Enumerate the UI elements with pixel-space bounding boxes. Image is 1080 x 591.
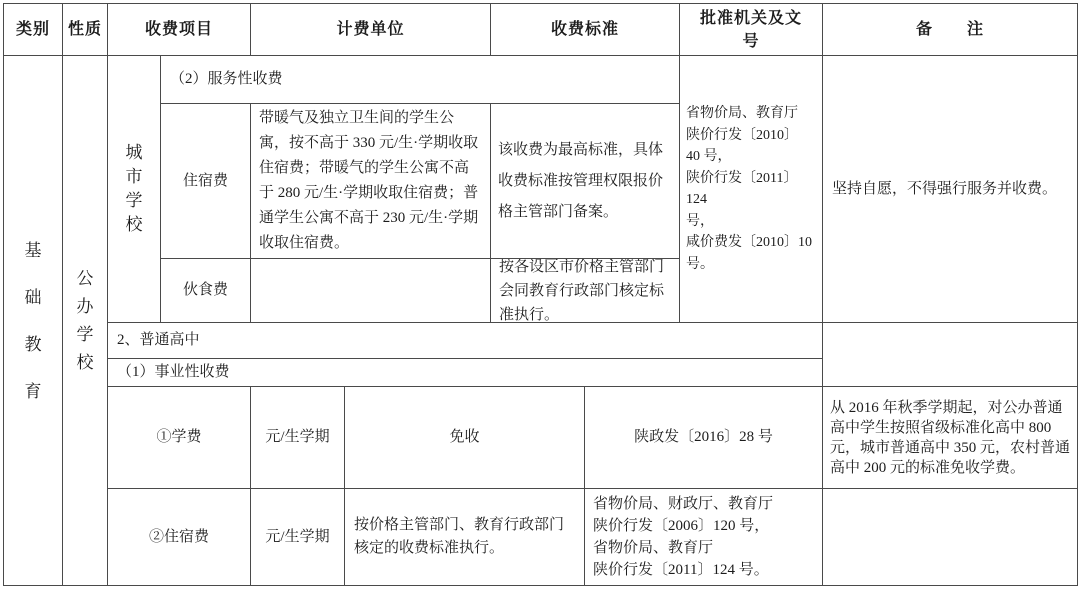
cell-section2-title: 2、普通高中 (108, 323, 823, 359)
cell-authority-group1: 省物价局、教育厅 陕价行发〔2010〕 40 号， 陕价行发〔2011〕124 … (680, 56, 823, 323)
header-fee-item: 收费项目 (108, 4, 251, 56)
header-approval-authority: 批准机关及文 号 (680, 4, 823, 56)
fee-schedule-table: 类别 性质 收费项目 计费单位 收费标准 批准机关及文 号 备 注 基 础 教 … (3, 3, 1078, 586)
header-nature: 性质 (63, 4, 108, 56)
cell-nature-public-school: 公 办 学 校 (63, 56, 108, 586)
cell-accommodation-unit: 带暖气及独立卫生间的学生公寓，按不高于 330 元/生·学期收取住宿费；带暖气的… (251, 104, 491, 259)
cell-tuition-remark: 从 2016 年秋季学期起，对公办普通高中学生按照省级标准化高中 800 元，城… (823, 387, 1078, 489)
header-fee-standard: 收费标准 (491, 4, 680, 56)
cell-tuition-unit: 元/生学期 (251, 387, 345, 489)
cell-remark-group1: 坚持自愿，不得强行服务并收费。 (823, 56, 1078, 323)
cell-section2-subsection: （1）事业性收费 (108, 359, 823, 387)
header-category: 类别 (4, 4, 63, 56)
cell-section2-remark-empty (823, 323, 1078, 387)
cell-lodging-unit: 元/生学期 (251, 489, 345, 586)
cell-category-basic-education: 基 础 教 育 (4, 56, 63, 586)
cell-lodging-authority: 省物价局、财政厅、教育厅 陕价行发〔2006〕120 号， 省物价局、教育厅 陕… (585, 489, 823, 586)
cell-tuition-standard: 免收 (345, 387, 585, 489)
cell-accommodation-item: 住宿费 (161, 104, 251, 259)
header-remarks: 备 注 (823, 4, 1078, 56)
cell-lodging-item: ②住宿费 (108, 489, 251, 586)
cell-accommodation-standard: 该收费为最高标准，具体收费标准按管理权限报价格主管部门备案。 (491, 104, 680, 259)
cell-lodging-remark-empty (823, 489, 1078, 586)
cell-service-fee-section: （2）服务性收费 (161, 56, 680, 104)
cell-meal-unit-empty (251, 259, 491, 323)
cell-meal-item: 伙食费 (161, 259, 251, 323)
cell-tuition-authority: 陕政发〔2016〕28 号 (585, 387, 823, 489)
cell-meal-standard: 按各设区市价格主管部门会同教育行政部门核定标准执行。 (491, 259, 680, 323)
scanned-fee-schedule-page: 类别 性质 收费项目 计费单位 收费标准 批准机关及文 号 备 注 基 础 教 … (0, 0, 1080, 591)
cell-lodging-standard: 按价格主管部门、教育行政部门核定的收费标准执行。 (345, 489, 585, 586)
header-billing-unit: 计费单位 (251, 4, 491, 56)
cell-school-type-urban: 城 市 学 校 (108, 56, 161, 323)
cell-tuition-item: ①学费 (108, 387, 251, 489)
